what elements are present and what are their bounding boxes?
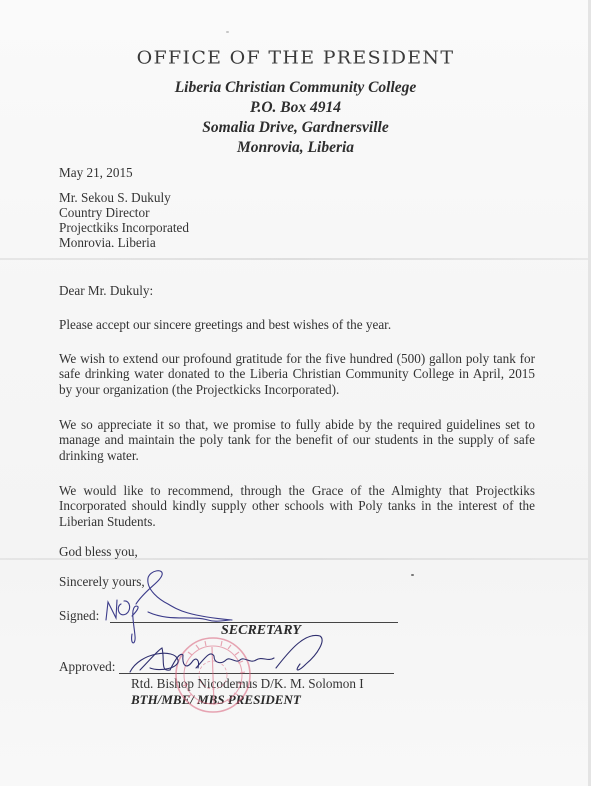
- body-paragraph: We would like to recommend, through the …: [59, 483, 535, 529]
- letterhead-po-box: P.O. Box 4914: [0, 99, 591, 117]
- secretary-title: SECRETARY: [221, 623, 301, 639]
- signed-label: Signed:: [59, 608, 99, 624]
- approval-line: [119, 673, 394, 674]
- fold-crease: [0, 258, 588, 260]
- salutation: Dear Mr. Dukuly:: [59, 283, 153, 299]
- approved-label: Approved:: [59, 659, 115, 675]
- approver-title: BTH/MBE/ MBS PRESIDENT: [131, 692, 301, 708]
- body-paragraph: Please accept our sincere greetings and …: [59, 317, 535, 332]
- approver-name: Rtd. Bishop Nicodemus D/K. M. Solomon I: [131, 676, 364, 692]
- recipient-city: Monrovia, Liberia: [59, 235, 156, 247]
- closing: God bless you,: [59, 544, 138, 560]
- body-paragraph: We so appreciate it so that, we promise …: [59, 417, 535, 463]
- recipient-name: Mr. Sekou S. Dukuly: [59, 190, 171, 206]
- recipient-title: Country Director: [59, 205, 149, 221]
- letterhead-institution: Liberia Christian Community College: [0, 79, 591, 97]
- body-paragraph: We wish to extend our profound gratitude…: [59, 351, 535, 397]
- paper-speck: [226, 31, 229, 33]
- letterhead-street: Somalia Drive, Gardnersville: [0, 119, 591, 137]
- letterhead-city: Monrovia, Liberia: [0, 139, 591, 157]
- paper-speck: [411, 574, 414, 576]
- letter-date: May 21, 2015: [59, 165, 133, 181]
- sign-off: Sincerely yours,: [59, 574, 145, 590]
- recipient-organization: Projectkiks Incorporated: [59, 220, 189, 236]
- letterhead-title: OFFICE OF THE PRESIDENT: [0, 48, 591, 68]
